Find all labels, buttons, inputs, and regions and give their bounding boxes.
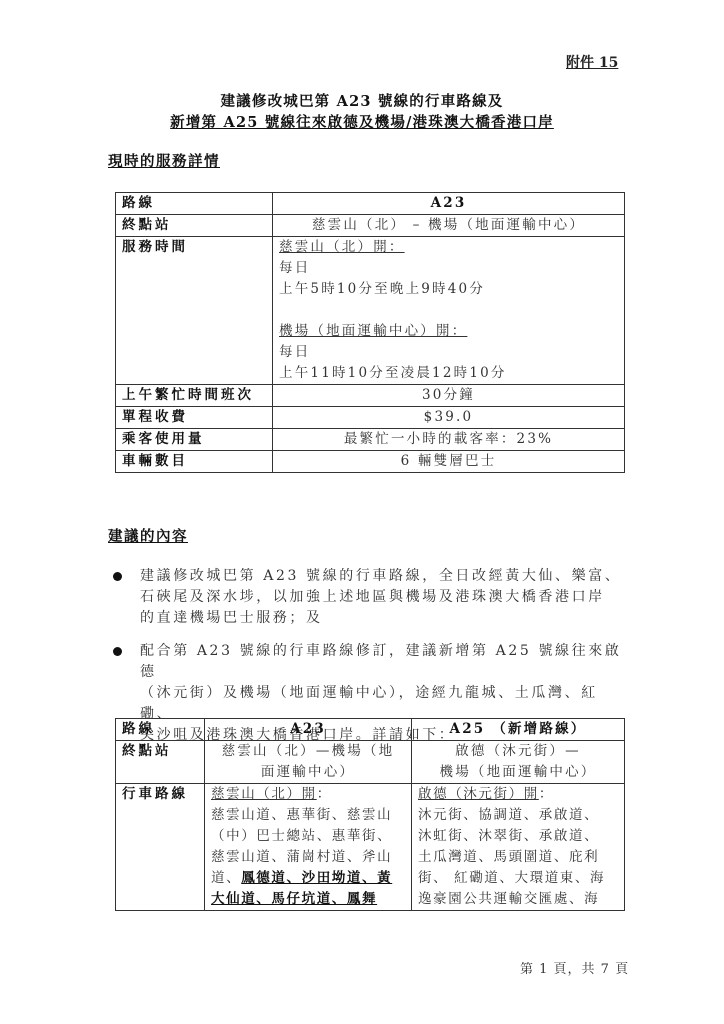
bullet-icon <box>113 572 122 581</box>
table-row-service-hours: 服務時間 慈雲山（北）開： 每日 上午5時10分至晚上9時40分 機場（地面運輸… <box>116 237 625 385</box>
service-days: 每日 <box>279 258 618 279</box>
a23-routing: 慈雲山（北）開： 慈雲山道、惠華街、慈雲山 （中）巴士總站、惠華街、 慈雲山道、… <box>205 784 412 911</box>
row-label: 乘客使用量 <box>116 429 273 451</box>
current-service-table: 路線 A23 終點站 慈雲山（北） – 機場（地面運輸中心） 服務時間 慈雲山（… <box>115 192 625 473</box>
row-label: 上午繁忙時間班次 <box>116 385 273 407</box>
routing-line: 逸豪園公共運輸交匯處、海 <box>418 889 618 910</box>
row-label: 路線 <box>116 719 205 741</box>
row-label: 單程收費 <box>116 407 273 429</box>
table-row-route: 路線 A23 <box>116 193 625 215</box>
patronage-value: 最繁忙一小時的載客率：23% <box>273 429 625 451</box>
bullet-text-line: 石硤尾及深水埗，以加強上述地區與機場及港珠澳大橋香港口岸 <box>140 587 628 608</box>
service-days: 每日 <box>279 342 618 363</box>
route-comparison-table: 路線 A23 A25 （新增路線） 終點站 慈雲山（北）—機場（地 面運輸中心）… <box>115 718 625 911</box>
bullet-text-line: 配合第 A23 號線的行車路線修訂，建議新增第 A25 號線往來啟德 <box>140 641 628 683</box>
column-header-a23: A23 <box>205 719 412 741</box>
routing-line: 慈雲山道、惠華街、慈雲山 <box>211 805 405 826</box>
service-hours-from-airport-heading: 機場（地面運輸中心）開： <box>279 321 618 342</box>
routing-line: 土瓜灣道、馬頭圍道、庇利 <box>418 847 618 868</box>
spacer <box>279 300 618 321</box>
row-label: 車輛數目 <box>116 451 273 473</box>
a25-termini: 啟德（沐元街）— 機場（地面運輸中心） <box>412 741 625 784</box>
service-hours-range: 上午11時10分至凌晨12時10分 <box>279 363 618 384</box>
table-row-header: 路線 A23 A25 （新增路線） <box>116 719 625 741</box>
table-row-routing: 行車路線 慈雲山（北）開： 慈雲山道、惠華街、慈雲山 （中）巴士總站、惠華街、 … <box>116 784 625 911</box>
termini-value: 慈雲山（北） – 機場（地面運輸中心） <box>273 215 625 237</box>
routing-line: 慈雲山道、蒲崗村道、斧山 <box>211 847 405 868</box>
routing-line: 沐元街、協調道、承啟道、 <box>418 805 618 826</box>
route-value: A23 <box>273 193 625 215</box>
routing-line-new-section: 大仙道、馬仔坑道、鳳舞 <box>211 889 405 910</box>
column-header-a25: A25 （新增路線） <box>412 719 625 741</box>
bullet-text-line: 的直達機場巴士服務；及 <box>140 608 628 629</box>
a25-routing-heading: 啟德（沐元街）開 <box>418 786 539 802</box>
row-label: 服務時間 <box>116 237 273 385</box>
bullet-icon <box>113 647 122 656</box>
routing-line: 街、 紅磡道、大環道東、海 <box>418 868 618 889</box>
service-hours-value: 慈雲山（北）開： 每日 上午5時10分至晚上9時40分 機場（地面運輸中心）開：… <box>273 237 625 385</box>
frequency-value: 30分鐘 <box>273 385 625 407</box>
proposal-heading: 建議的內容 <box>108 525 188 546</box>
table-row-termini: 終點站 慈雲山（北） – 機場（地面運輸中心） <box>116 215 625 237</box>
a23-routing-heading: 慈雲山（北）開 <box>211 786 317 802</box>
a23-termini: 慈雲山（北）—機場（地 面運輸中心） <box>205 741 412 784</box>
termini-line: 啟德（沐元街）— <box>418 741 618 762</box>
bullet-text-line: 建議修改城巴第 A23 號線的行車路線，全日改經黃大仙、樂富、 <box>140 566 628 587</box>
table-row-fleet: 車輛數目 6 輛雙層巴士 <box>116 451 625 473</box>
page-indicator: 第 1 頁，共 7 頁 <box>520 958 629 977</box>
routing-line: 沐虹街、沐翠街、承啟道、 <box>418 826 618 847</box>
fleet-value: 6 輛雙層巴士 <box>273 451 625 473</box>
table-row-am-peak-frequency: 上午繁忙時間班次 30分鐘 <box>116 385 625 407</box>
service-hours-range: 上午5時10分至晚上9時40分 <box>279 279 618 300</box>
termini-line: 面運輸中心） <box>211 762 405 783</box>
colon: ： <box>539 786 554 802</box>
colon: ： <box>317 786 332 802</box>
termini-line: 機場（地面運輸中心） <box>418 762 618 783</box>
current-service-heading: 現時的服務詳情 <box>108 150 220 171</box>
a25-routing: 啟德（沐元街）開： 沐元街、協調道、承啟道、 沐虹街、沐翠街、承啟道、 土瓜灣道… <box>412 784 625 911</box>
annex-label: 附件 15 <box>566 52 618 72</box>
table-row-termini: 終點站 慈雲山（北）—機場（地 面運輸中心） 啟德（沐元街）— 機場（地面運輸中… <box>116 741 625 784</box>
row-label: 終點站 <box>116 215 273 237</box>
document-title-line-1: 建議修改城巴第 A23 號線的行車路線及 <box>0 90 724 111</box>
routing-line: 道、 <box>211 870 241 886</box>
document-title-line-2: 新增第 A25 號線往來啟德及機場/港珠澳大橋香港口岸 <box>0 111 724 132</box>
row-label: 終點站 <box>116 741 205 784</box>
table-row-patronage: 乘客使用量 最繁忙一小時的載客率：23% <box>116 429 625 451</box>
termini-line: 慈雲山（北）—機場（地 <box>211 741 405 762</box>
fare-value: $39.0 <box>273 407 625 429</box>
list-item: 建議修改城巴第 A23 號線的行車路線，全日改經黃大仙、樂富、 石硤尾及深水埗，… <box>108 566 628 629</box>
service-hours-from-tsz-wan-shan-heading: 慈雲山（北）開： <box>279 237 618 258</box>
routing-line: （中）巴士總站、惠華街、 <box>211 826 405 847</box>
row-label: 路線 <box>116 193 273 215</box>
routing-line-new-section: 鳳德道、沙田坳道、黃 <box>241 870 392 886</box>
table-row-fare: 單程收費 $39.0 <box>116 407 625 429</box>
row-label: 行車路線 <box>116 784 205 911</box>
